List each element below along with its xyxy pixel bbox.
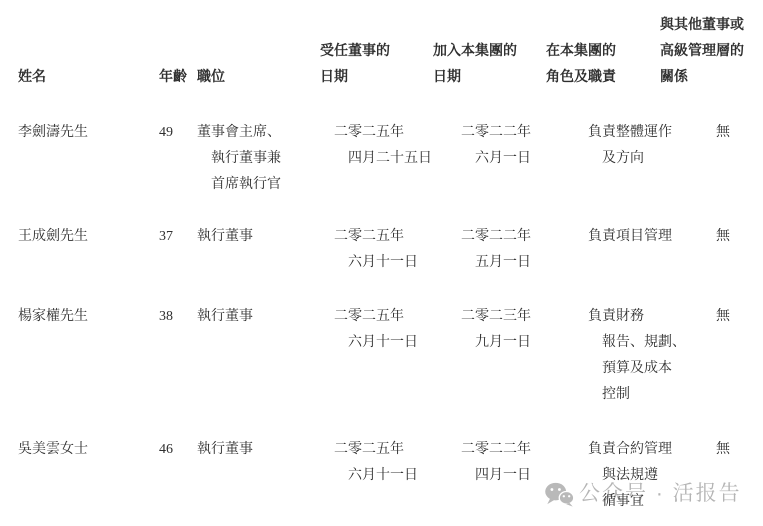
cell-age: 46 (159, 437, 197, 463)
directors-table-page: 公众号 · 活报告 姓名 年齡 職位 受任董事的 日期 加入本集團的 日期 在本… (0, 0, 763, 526)
cell-position: 執行董事 (197, 304, 334, 330)
cell-relationship: 無 (716, 224, 763, 250)
table-header-row: 姓名 年齡 職位 受任董事的 日期 加入本集團的 日期 在本集團的 角色及職責 … (18, 12, 760, 91)
cell-appointment-date: 二零二五年 四月二十五日 (334, 120, 461, 172)
cell-relationship: 無 (716, 304, 763, 330)
cell-relationship: 無 (716, 120, 763, 146)
cell-name: 楊家權先生 (18, 304, 159, 330)
table-row: 楊家權先生 38 執行董事 二零二五年 六月十一日 二零二三年 九月一日 負責財… (18, 304, 763, 408)
col-header-relationship: 與其他董事或 高級管理層的 關係 (660, 13, 760, 91)
table-row: 李劍濤先生 49 董事會主席、 執行董事兼 首席執行官 二零二五年 四月二十五日… (18, 120, 763, 198)
cell-join-date: 二零二二年 四月一日 (461, 437, 588, 489)
col-header-position: 職位 (197, 65, 320, 91)
col-header-age: 年齡 (159, 65, 197, 91)
cell-age: 38 (159, 304, 197, 330)
col-header-appointment-date: 受任董事的 日期 (320, 39, 433, 91)
cell-position: 執行董事 (197, 437, 334, 463)
cell-name: 吳美雲女士 (18, 437, 159, 463)
cell-age: 37 (159, 224, 197, 250)
table-row: 吳美雲女士 46 執行董事 二零二五年 六月十一日 二零二二年 四月一日 負責合… (18, 437, 763, 515)
cell-appointment-date: 二零二五年 六月十一日 (334, 224, 461, 276)
cell-role: 負責財務 報告、規劃、 預算及成本 控制 (588, 304, 716, 408)
cell-role: 負責項目管理 (588, 224, 716, 250)
cell-join-date: 二零二三年 九月一日 (461, 304, 588, 356)
col-header-role: 在本集團的 角色及職責 (546, 39, 660, 91)
cell-role: 負責整體運作 及方向 (588, 120, 716, 172)
table-row: 王成劍先生 37 執行董事 二零二五年 六月十一日 二零二二年 五月一日 負責項… (18, 224, 763, 276)
cell-name: 王成劍先生 (18, 224, 159, 250)
cell-appointment-date: 二零二五年 六月十一日 (334, 304, 461, 356)
cell-age: 49 (159, 120, 197, 146)
cell-relationship: 無 (716, 437, 763, 463)
col-header-join-date: 加入本集團的 日期 (433, 39, 546, 91)
cell-role: 負責合約管理 與法規遵 循事宜 (588, 437, 716, 515)
cell-position: 董事會主席、 執行董事兼 首席執行官 (197, 120, 334, 198)
cell-join-date: 二零二二年 五月一日 (461, 224, 588, 276)
col-header-name: 姓名 (18, 65, 159, 91)
cell-appointment-date: 二零二五年 六月十一日 (334, 437, 461, 489)
cell-join-date: 二零二二年 六月一日 (461, 120, 588, 172)
directors-table: 姓名 年齡 職位 受任董事的 日期 加入本集團的 日期 在本集團的 角色及職責 … (0, 0, 763, 526)
cell-position: 執行董事 (197, 224, 334, 250)
cell-name: 李劍濤先生 (18, 120, 159, 146)
